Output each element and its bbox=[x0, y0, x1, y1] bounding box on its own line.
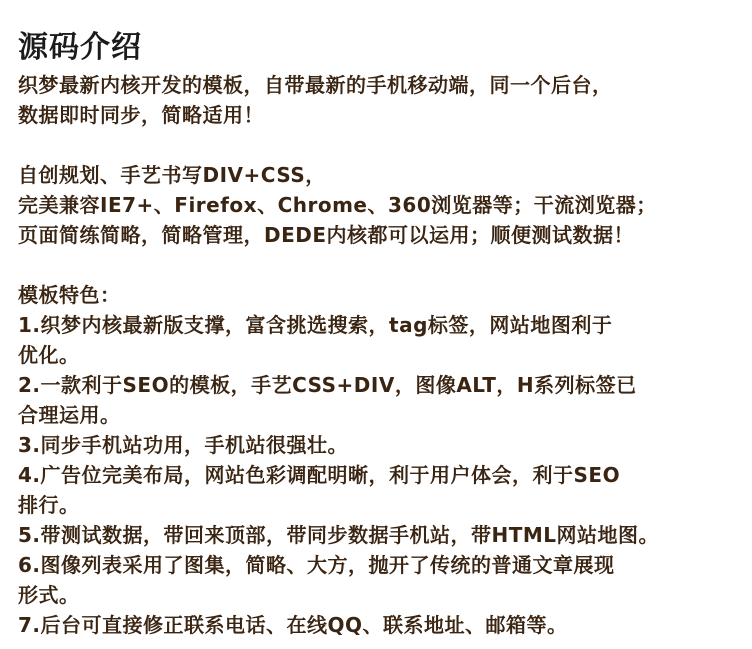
feature-item-6: 6.图像列表采用了图集，简略、大方，抛开了传统的普通文章展现 bbox=[18, 550, 752, 580]
paragraph-spacer bbox=[18, 130, 752, 160]
feature-item-2: 2.一款利于SEO的模板，手艺CSS+DIV，图像ALT，H系列标签已 bbox=[18, 370, 752, 400]
source-intro-document: 源码介绍 织梦最新内核开发的模板，自带最新的手机移动端，同一个后台， 数据即时同… bbox=[18, 26, 752, 640]
intro-line: 织梦最新内核开发的模板，自带最新的手机移动端，同一个后台， bbox=[18, 70, 752, 100]
feature-item-6-cont: 形式。 bbox=[18, 580, 752, 610]
feature-item-3: 3.同步手机站功用，手机站很强壮。 bbox=[18, 430, 752, 460]
section-heading: 模板特色： bbox=[18, 280, 752, 310]
feature-item-7: 7.后台可直接修正联系电话、在线QQ、联系地址、邮箱等。 bbox=[18, 610, 752, 640]
intro-line: 数据即时同步，简略适用！ bbox=[18, 100, 752, 130]
summary-line: 完美兼容IE7+、Firefox、Chrome、360浏览器等；干流浏览器； bbox=[18, 190, 752, 220]
paragraph-spacer bbox=[18, 250, 752, 280]
feature-item-2-cont: 合理运用。 bbox=[18, 400, 752, 430]
intro-paragraph: 织梦最新内核开发的模板，自带最新的手机移动端，同一个后台， 数据即时同步，简略适… bbox=[18, 70, 752, 130]
feature-item-1: 1.织梦内核最新版支撑，富含挑选搜索，tag标签，网站地图利于 bbox=[18, 310, 752, 340]
feature-item-4: 4.广告位完美布局，网站色彩调配明晰，利于用户体会，利于SEO bbox=[18, 460, 752, 490]
feature-item-1-cont: 优化。 bbox=[18, 340, 752, 370]
summary-line: 页面简练简略，简略管理，DEDE内核都可以运用；顺便测试数据！ bbox=[18, 220, 752, 250]
template-features-section: 模板特色： 1.织梦内核最新版支撑，富含挑选搜索，tag标签，网站地图利于 优化… bbox=[18, 280, 752, 640]
summary-line: 自创规划、手艺书写DIV+CSS， bbox=[18, 160, 752, 190]
page-title: 源码介绍 bbox=[18, 26, 752, 70]
feature-item-4-cont: 排行。 bbox=[18, 490, 752, 520]
feature-item-5: 5.带测试数据，带回来顶部，带同步数据手机站，带HTML网站地图。 bbox=[18, 520, 752, 550]
features-summary-paragraph: 自创规划、手艺书写DIV+CSS， 完美兼容IE7+、Firefox、Chrom… bbox=[18, 160, 752, 250]
